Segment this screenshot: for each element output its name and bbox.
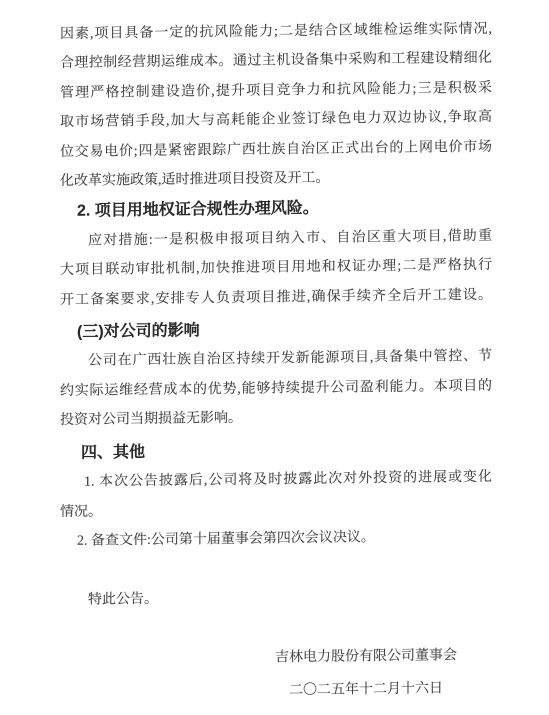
body-line: 约实际运维经营成本的优势,能够持续提升公司盈利能力。本项目的 <box>60 372 492 407</box>
body-line: 投资对公司当期损益无影响。 <box>60 401 492 436</box>
announcement-page: 因素,项目具备一定的抗风险能力;二是结合区域维检运维实际情况, 合理控制经营期运… <box>0 0 549 715</box>
body-line: 开工备案要求,安排专人负责项目推进,确保手续齐全后开工建设。 <box>60 280 492 315</box>
body-line: 取市场营销手段,加大与高耗能企业签订绿色电力双边协议,争取高 <box>60 103 492 138</box>
signature-date: 二〇二五年十二月十六日 <box>275 674 457 706</box>
body-line: 化改革实施政策,适时推进项目投资及开工。 <box>60 162 492 197</box>
body-line: 位交易电价;四是紧密跟踪广西壮族自治区正式出台的上网电价市场 <box>60 132 492 167</box>
body-line: 1. 本次公告披露后,公司将及时披露此次对外投资的进展或变化 <box>60 463 492 498</box>
body-line: 2. 备查文件:公司第十届董事会第四次会议决议。 <box>60 522 492 557</box>
signature-company: 吉林电力股份有限公司董事会 <box>275 641 457 673</box>
body-line: 大项目联动审批机制,加快推进项目用地和权证办理;二是严格执行 <box>60 251 492 286</box>
signature-block: 吉林电力股份有限公司董事会 二〇二五年十二月十六日 <box>275 641 457 706</box>
closing-line: 特此公告。 <box>60 581 492 616</box>
